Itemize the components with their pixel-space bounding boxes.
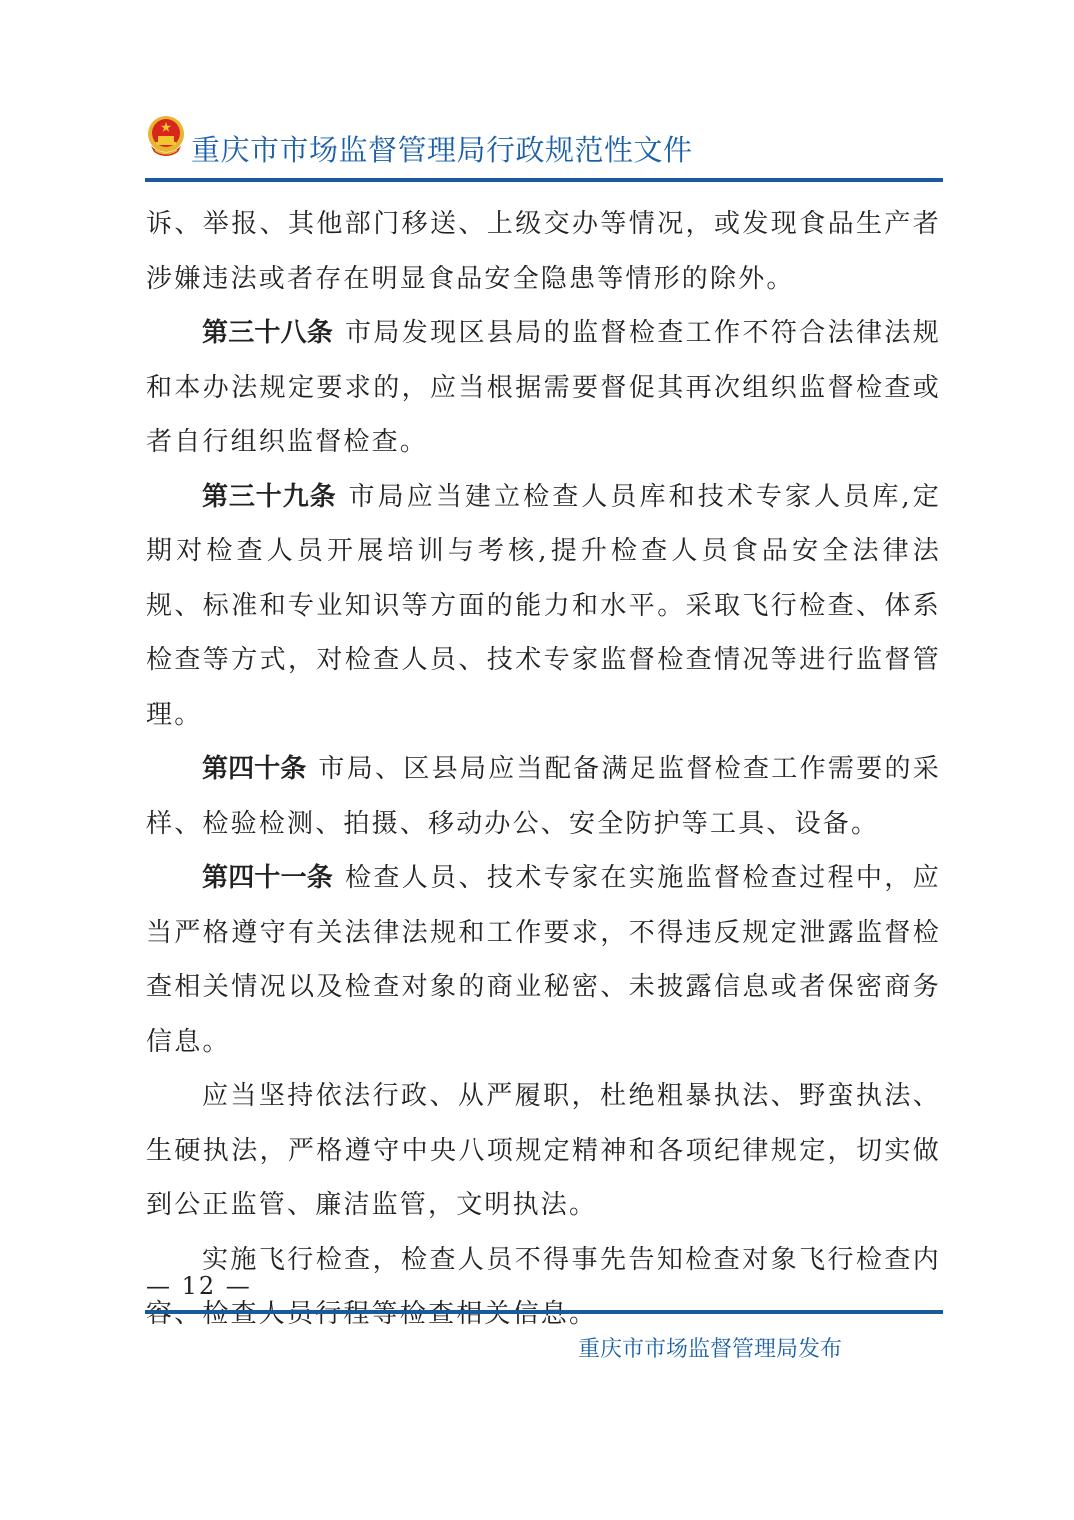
article-heading: 第四十条 (202, 754, 306, 784)
article-heading: 第四十一条 (202, 863, 333, 893)
document-header: 重庆市市场监督管理局行政规范性文件 (145, 112, 945, 182)
paragraph-text: 诉、举报、其他部门移送、上级交办等情况，或发现食品生产者涉嫌违法或者存在明显食品… (146, 209, 941, 294)
article-40: 第四十条市局、区县局应当配备满足监督检查工作需要的采样、检验检测、拍摄、移动办公… (146, 742, 941, 851)
paragraph-text: 市局应当建立检查人员库和技术专家人员库,定期对检查人员开展培训与考核,提升检查人… (146, 482, 941, 730)
article-41-paragraph-2: 应当坚持依法行政、从严履职，杜绝粗暴执法、野蛮执法、生硬执法，严格遵守中央八项规… (146, 1069, 941, 1233)
paragraph-text: 实施飞行检查，检查人员不得事先告知检查对象飞行检查内容、检查人员行程等检查相关信… (146, 1245, 941, 1330)
page-number: — 12 — (146, 1272, 252, 1300)
paragraph-continuation: 诉、举报、其他部门移送、上级交办等情况，或发现食品生产者涉嫌违法或者存在明显食品… (146, 197, 941, 306)
footer-divider (145, 1310, 943, 1314)
paragraph-text: 应当坚持依法行政、从严履职，杜绝粗暴执法、野蛮执法、生硬执法，严格遵守中央八项规… (146, 1081, 941, 1220)
article-38: 第三十八条市局发现区县局的监督检查工作不符合法律法规和本办法规定要求的，应当根据… (146, 306, 941, 470)
article-41-paragraph-3: 实施飞行检查，检查人员不得事先告知检查对象飞行检查内容、检查人员行程等检查相关信… (146, 1233, 941, 1342)
article-39: 第三十九条市局应当建立检查人员库和技术专家人员库,定期对检查人员开展培训与考核,… (146, 470, 941, 743)
footer-publisher: 重庆市市场监督管理局发布 (578, 1332, 842, 1363)
header-title: 重庆市市场监督管理局行政规范性文件 (191, 128, 693, 169)
national-emblem-icon (145, 114, 187, 160)
header-divider (145, 178, 943, 182)
document-body: 诉、举报、其他部门移送、上级交办等情况，或发现食品生产者涉嫌违法或者存在明显食品… (146, 197, 941, 1342)
article-heading: 第三十九条 (202, 482, 337, 512)
article-heading: 第三十八条 (202, 318, 333, 348)
article-41: 第四十一条检查人员、技术专家在实施监督检查过程中，应当严格遵守有关法律法规和工作… (146, 851, 941, 1069)
